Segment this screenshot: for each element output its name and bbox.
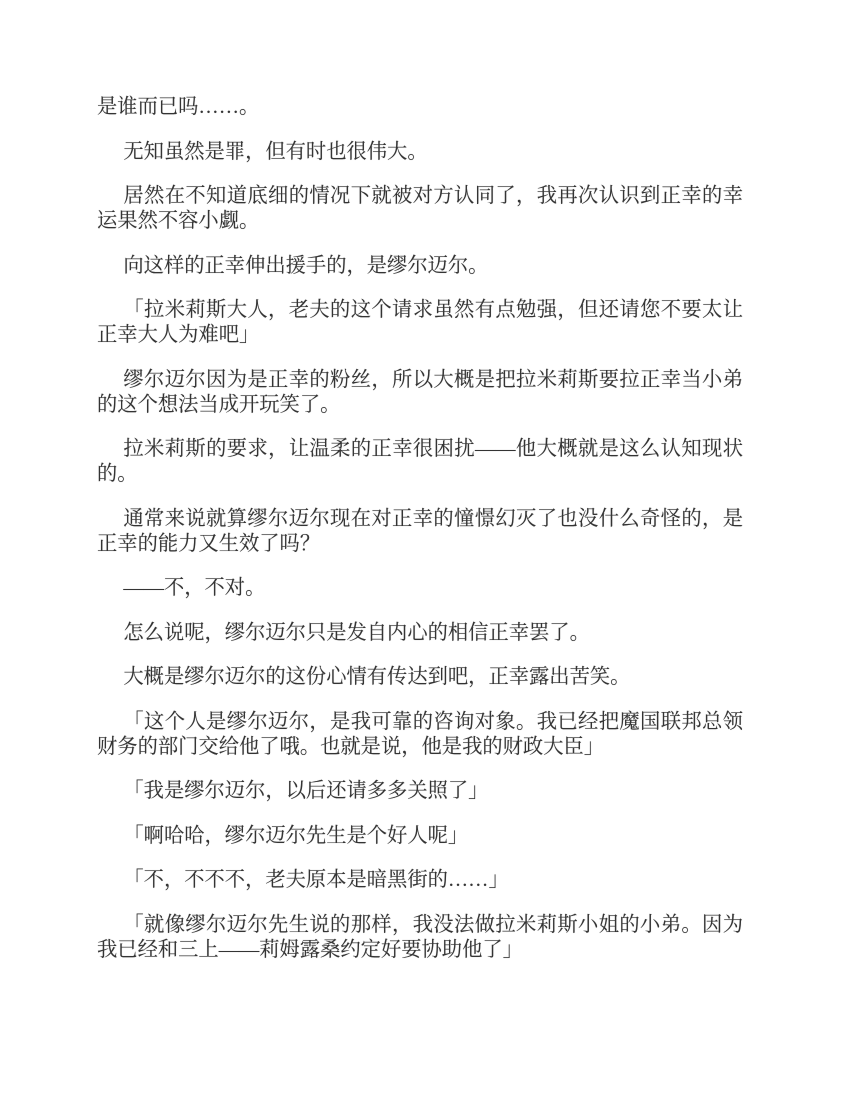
page-text: 是谁而已吗……。无知虽然是罪，但有时也很伟大。居然在不知道底细的情况下就被对方认… <box>97 95 743 982</box>
paragraph: 缪尔迈尔因为是正幸的粉丝，所以大概是把拉米莉斯要拉正幸当小弟的这个想法当成开玩笑… <box>97 368 743 418</box>
paragraph: 是谁而已吗……。 <box>97 95 743 120</box>
paragraph: 通常来说就算缪尔迈尔现在对正幸的憧憬幻灭了也没什么奇怪的，是正幸的能力又生效了吗… <box>97 507 743 557</box>
paragraph: 「不，不不不，老夫原本是暗黑街的……」 <box>97 868 743 893</box>
paragraph: ——不，不对。 <box>97 576 743 601</box>
paragraph: 大概是缪尔迈尔的这份心情有传达到吧，正幸露出苦笑。 <box>97 665 743 690</box>
paragraph: 「啊哈哈，缪尔迈尔先生是个好人呢」 <box>97 824 743 849</box>
paragraph: 居然在不知道底细的情况下就被对方认同了，我再次认识到正幸的幸运果然不容小觑。 <box>97 184 743 234</box>
paragraph: 「这个人是缪尔迈尔，是我可靠的咨询对象。我已经把魔国联邦总领财务的部门交给他了哦… <box>97 710 743 760</box>
paragraph: 无知虽然是罪，但有时也很伟大。 <box>97 140 743 165</box>
paragraph: 向这样的正幸伸出援手的，是缪尔迈尔。 <box>97 254 743 279</box>
paragraph: 「拉米莉斯大人，老夫的这个请求虽然有点勉强，但还请您不要太让正幸大人为难吧」 <box>97 298 743 348</box>
ebook-page: 是谁而已吗……。无知虽然是罪，但有时也很伟大。居然在不知道底细的情况下就被对方认… <box>0 0 850 1100</box>
paragraph: 「就像缪尔迈尔先生说的那样，我没法做拉米莉斯小姐的小弟。因为我已经和三上——莉姆… <box>97 913 743 963</box>
paragraph: 「我是缪尔迈尔，以后还请多多关照了」 <box>97 779 743 804</box>
paragraph: 拉米莉斯的要求，让温柔的正幸很困扰——他大概就是这么认知现状的。 <box>97 437 743 487</box>
paragraph: 怎么说呢，缪尔迈尔只是发自内心的相信正幸罢了。 <box>97 621 743 646</box>
